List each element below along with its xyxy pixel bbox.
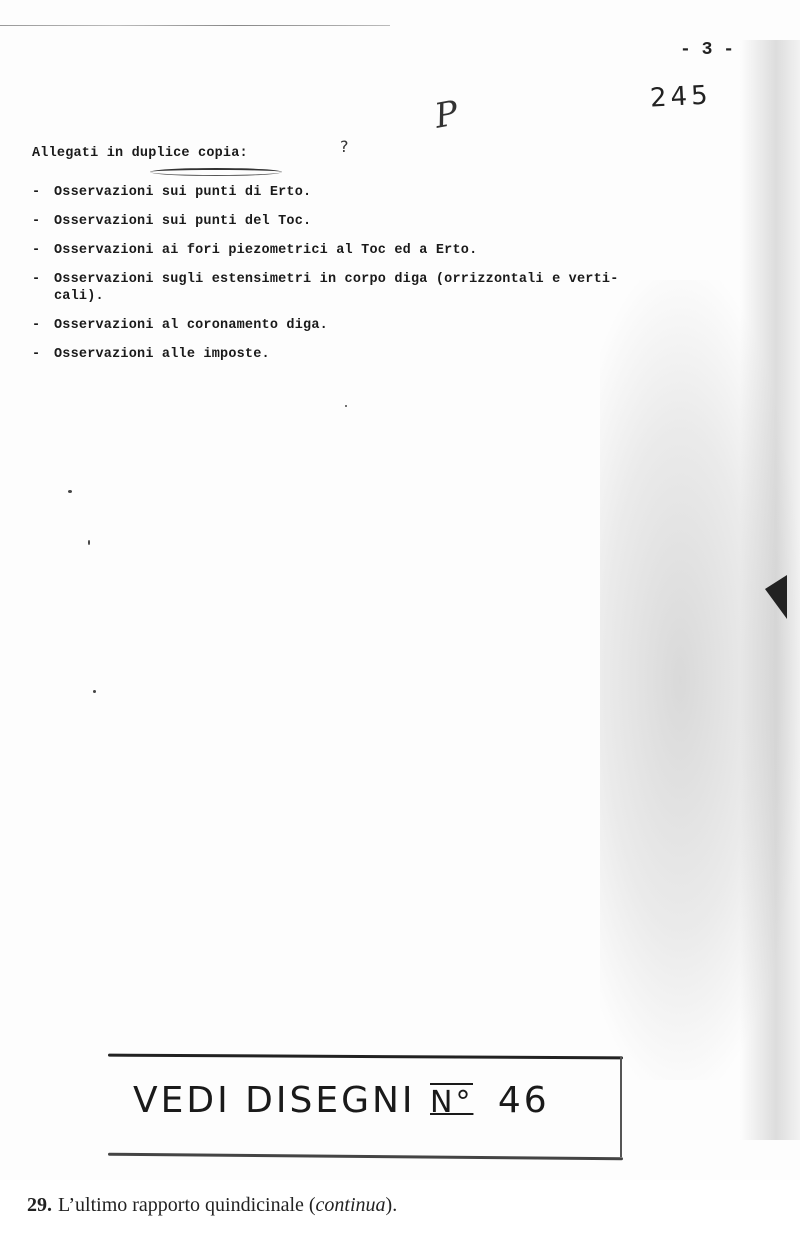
speck — [88, 540, 90, 545]
attachments-list: -Osservazioni sui punti di Erto.-Osserva… — [32, 184, 772, 375]
stamp-number-label: N° — [430, 1083, 473, 1120]
list-item-text: Osservazioni alle imposte. — [54, 346, 772, 363]
list-item: -Osservazioni sui punti del Toc. — [32, 213, 772, 230]
list-item-text: Osservazioni al coronamento diga. — [54, 317, 772, 334]
stamp-box: VEDI DISEGNI N° 46 — [108, 1055, 623, 1160]
list-item-text: Osservazioni ai fori piezometrici al Toc… — [54, 242, 772, 259]
list-bullet: - — [32, 346, 54, 363]
caption-text: L’ultimo rapporto quindicinale ( — [58, 1194, 316, 1216]
list-item-text: Osservazioni sui punti di Erto. — [54, 184, 772, 201]
list-bullet: - — [32, 184, 54, 201]
list-item-text: Osservazioni sugli estensimetri in corpo… — [54, 271, 772, 305]
edge-mark — [765, 575, 787, 619]
attachments-heading: Allegati in duplice copia: — [32, 146, 248, 161]
handwritten-archive-number: 245 — [649, 80, 712, 113]
handwritten-underline — [150, 168, 282, 176]
caption-italic: continua — [316, 1194, 386, 1216]
stamp-top-line — [108, 1054, 623, 1060]
caption-number: 29. — [27, 1194, 52, 1216]
speck — [345, 405, 347, 407]
list-bullet: - — [32, 271, 54, 305]
list-item: -Osservazioni sugli estensimetri in corp… — [32, 271, 772, 305]
speck — [68, 490, 72, 493]
stamp-right-line — [620, 1057, 622, 1157]
list-item-text: Osservazioni sui punti del Toc. — [54, 213, 772, 230]
handwritten-question-mark: ? — [340, 137, 349, 156]
list-item: -Osservazioni al coronamento diga. — [32, 317, 772, 334]
figure-caption: 29.L’ultimo rapporto quindicinale (conti… — [27, 1194, 397, 1217]
list-bullet: - — [32, 242, 54, 259]
scanned-document: - 3 - 245 P ? Allegati in duplice copia:… — [0, 0, 800, 1180]
list-bullet: - — [32, 317, 54, 334]
speck — [93, 690, 96, 693]
stamp-number: 46 — [498, 1080, 550, 1121]
caption-suffix: ). — [386, 1194, 398, 1216]
stamp-label: VEDI DISEGNI — [133, 1080, 416, 1121]
top-rule — [0, 25, 390, 26]
page-number: - 3 - — [680, 40, 734, 60]
stamp-text: VEDI DISEGNI N° 46 — [133, 1080, 550, 1121]
list-item: -Osservazioni ai fori piezometrici al To… — [32, 242, 772, 259]
stamp-bottom-line — [108, 1153, 623, 1160]
handwritten-initials: P — [432, 93, 461, 136]
list-bullet: - — [32, 213, 54, 230]
list-item: -Osservazioni alle imposte. — [32, 346, 772, 363]
list-item: -Osservazioni sui punti di Erto. — [32, 184, 772, 201]
